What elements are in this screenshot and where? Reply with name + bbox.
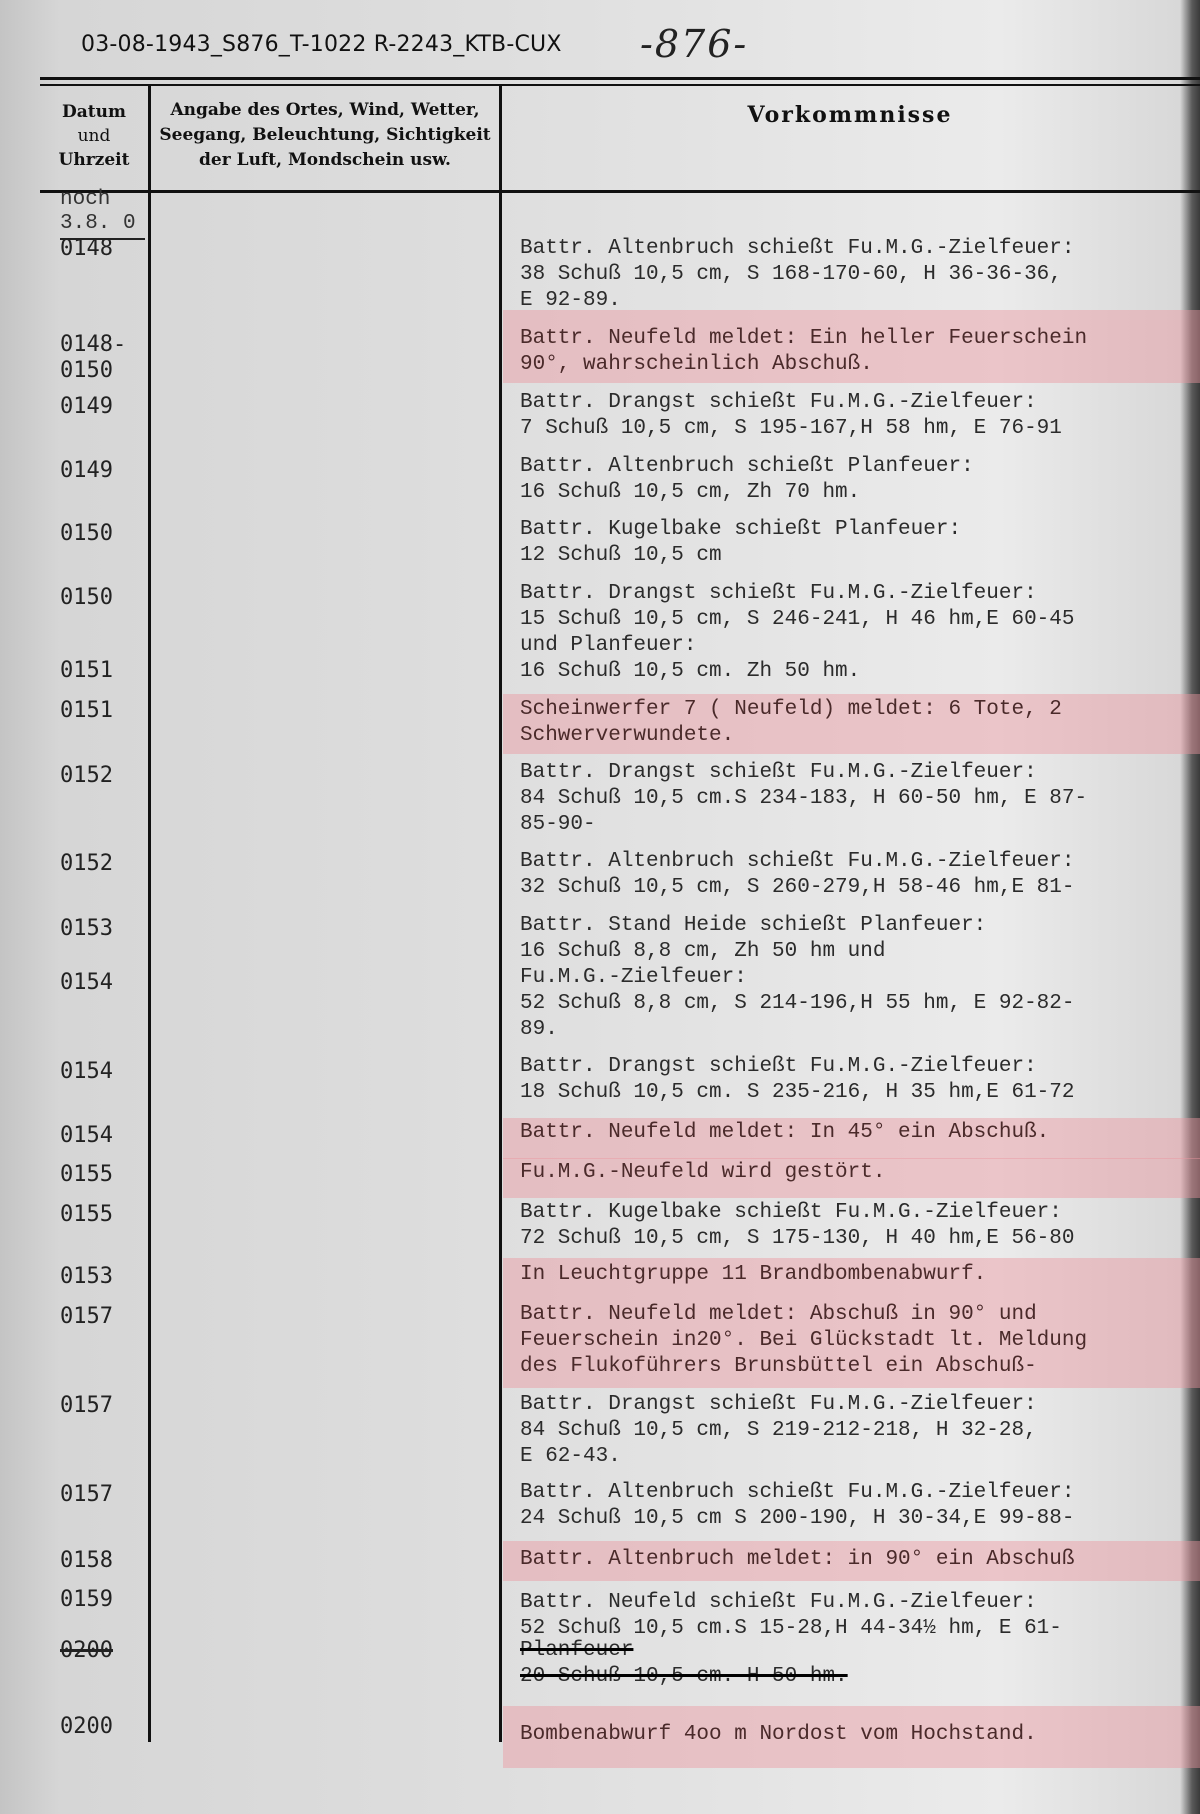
entry-line: 16 Schuß 10,5 cm. Zh 50 hm. (520, 659, 1200, 685)
document-page: 03-08-1943_S876_T-1022 R-2243_KTB-CUX -8… (0, 0, 1200, 1814)
entry-text: Battr. Stand Heide schießt Planfeuer:16 … (520, 913, 1200, 965)
entry-time: 0153 (60, 916, 145, 942)
entry-text: Battr. Drangst schießt Fu.M.G.-Zielfeuer… (520, 760, 1200, 838)
entry-line: Battr. Altenbruch schießt Fu.M.G.-Zielfe… (520, 236, 1200, 262)
entry-text: Battr. Altenbruch schießt Fu.M.G.-Zielfe… (520, 1480, 1200, 1532)
entry-text: Fu.M.G.-Neufeld wird gestört. (520, 1160, 1200, 1186)
entry-line: In Leuchtgruppe 11 Brandbombenabwurf. (520, 1262, 1200, 1288)
entry-line: Battr. Kugelbake schießt Planfeuer: (520, 517, 1200, 543)
entry-line: 89. (520, 1017, 1200, 1043)
entry-line: 7 Schuß 10,5 cm, S 195-167,H 58 hm, E 76… (520, 416, 1200, 442)
entry-line: Battr. Kugelbake schießt Fu.M.G.-Zielfeu… (520, 1200, 1200, 1226)
entry-line: 90°, wahrscheinlich Abschuß. (520, 352, 1200, 378)
entry-line: 16 Schuß 8,8 cm, Zh 50 hm und (520, 939, 1200, 965)
top-rule-inner (40, 84, 1200, 86)
header-location-weather: Angabe des Ortes, Wind, Wetter, Seegang,… (155, 98, 495, 173)
entry-text: Battr. Neufeld meldet: In 45° ein Abschu… (520, 1120, 1200, 1146)
header-vorkommnisse: Vorkommnisse (500, 102, 1200, 128)
entry-line: 15 Schuß 10,5 cm, S 246-241, H 46 hm,E 6… (520, 607, 1200, 633)
entry-text: Battr. Drangst schießt Fu.M.G.-Zielfeuer… (520, 581, 1200, 659)
entry-time: 0200 (60, 1638, 145, 1664)
entry-line: 18 Schuß 10,5 cm. S 235-216, H 35 hm,E 6… (520, 1080, 1200, 1106)
entry-line: Battr. Neufeld meldet: Abschuß in 90° un… (520, 1302, 1200, 1328)
entry-time: 0152 (60, 851, 145, 877)
entry-time: 0155 (60, 1162, 145, 1188)
entry-text: Battr. Altenbruch schießt Fu.M.G.-Zielfe… (520, 849, 1200, 901)
entry-line: Battr. Drangst schießt Fu.M.G.-Zielfeuer… (520, 581, 1200, 607)
entry-line: 24 Schuß 10,5 cm S 200-190, H 30-34,E 99… (520, 1506, 1200, 1532)
header-datum-line: und (40, 124, 148, 148)
header-datum-line: Uhrzeit (40, 148, 148, 172)
entry-line: E 62-43. (520, 1444, 1200, 1470)
entry-text: Battr. Altenbruch schießt Planfeuer:16 S… (520, 454, 1200, 506)
header-datum: Datum und Uhrzeit (40, 100, 148, 172)
entry-time: 0158 (60, 1548, 145, 1574)
entry-line: Battr. Drangst schießt Fu.M.G.-Zielfeuer… (520, 1392, 1200, 1418)
entry-line: 85-90- (520, 812, 1200, 838)
entry-line: Battr. Altenbruch schießt Fu.M.G.-Zielfe… (520, 849, 1200, 875)
entry-line: Bombenabwurf 4oo m Nordost vom Hochstand… (520, 1722, 1200, 1748)
header-datum-line: Datum (40, 100, 148, 124)
entry-line: Planfeuer (520, 1638, 1200, 1664)
entry-line: und Planfeuer: (520, 633, 1200, 659)
header-rule (40, 190, 1200, 193)
header-ort-line: der Luft, Mondschein usw. (155, 148, 495, 173)
entry-time: 0148- 0150 (60, 332, 145, 384)
entry-line: 84 Schuß 10,5 cm.S 234-183, H 60-50 hm, … (520, 786, 1200, 812)
column-divider-1 (148, 84, 151, 1742)
document-id-label: 03-08-1943_S876_T-1022 R-2243_KTB-CUX (81, 32, 562, 57)
entry-line: 84 Schuß 10,5 cm, S 219-212-218, H 32-28… (520, 1418, 1200, 1444)
entry-time: 0150 (60, 585, 145, 611)
entry-time: 0159 (60, 1587, 145, 1613)
entry-time: 0151 (60, 698, 145, 724)
entry-line: 20 Schuß 10,5 cm. H 50 hm. (520, 1664, 1200, 1690)
entry-line: Feuerschein in20°. Bei Glückstadt lt. Me… (520, 1328, 1200, 1354)
entry-time: 0150 (60, 521, 145, 547)
entry-line: Battr. Drangst schießt Fu.M.G.-Zielfeuer… (520, 390, 1200, 416)
page-number: -876- (640, 22, 748, 66)
entry-text: Planfeuer20 Schuß 10,5 cm. H 50 hm. (520, 1638, 1200, 1690)
entry-text: 16 Schuß 10,5 cm. Zh 50 hm. (520, 659, 1200, 685)
entry-text: Bombenabwurf 4oo m Nordost vom Hochstand… (520, 1722, 1200, 1748)
entry-line: Battr. Altenbruch meldet: in 90° ein Abs… (520, 1547, 1200, 1573)
entry-time: 0148 (60, 236, 145, 262)
entry-time: 0154 (60, 1059, 145, 1085)
entry-text: Battr. Drangst schießt Fu.M.G.-Zielfeuer… (520, 1054, 1200, 1106)
entry-line: Battr. Altenbruch schießt Planfeuer: (520, 454, 1200, 480)
entry-text: Battr. Neufeld meldet: Abschuß in 90° un… (520, 1302, 1200, 1380)
entry-time: 0149 (60, 458, 145, 484)
entry-time: 0151 (60, 658, 145, 684)
header-ort-line: Seegang, Beleuchtung, Sichtigkeit (155, 123, 495, 148)
entry-time: 0157 (60, 1304, 145, 1330)
entry-text: Battr. Altenbruch schießt Fu.M.G.-Zielfe… (520, 236, 1200, 314)
entry-text: Battr. Drangst schießt Fu.M.G.-Zielfeuer… (520, 390, 1200, 442)
entry-line: Battr. Altenbruch schießt Fu.M.G.-Zielfe… (520, 1480, 1200, 1506)
entry-text: In Leuchtgruppe 11 Brandbombenabwurf. (520, 1262, 1200, 1288)
date-marker-noch: noch (60, 188, 145, 211)
entry-text: Battr. Kugelbake schießt Fu.M.G.-Zielfeu… (520, 1200, 1200, 1252)
entry-text: Battr. Neufeld schießt Fu.M.G.-Zielfeuer… (520, 1590, 1200, 1642)
entry-text: Battr. Drangst schießt Fu.M.G.-Zielfeuer… (520, 1392, 1200, 1470)
entry-time: 0149 (60, 394, 145, 420)
column-divider-2 (499, 84, 502, 1742)
entry-line: Battr. Neufeld meldet: In 45° ein Abschu… (520, 1120, 1200, 1146)
entry-line: 72 Schuß 10,5 cm, S 175-130, H 40 hm,E 5… (520, 1226, 1200, 1252)
entry-time: 0153 (60, 1264, 145, 1290)
entry-line: Battr. Neufeld schießt Fu.M.G.-Zielfeuer… (520, 1590, 1200, 1616)
entry-line: 52 Schuß 8,8 cm, S 214-196,H 55 hm, E 92… (520, 991, 1200, 1017)
entry-time: 0157 (60, 1482, 145, 1508)
entry-text: Battr. Neufeld meldet: Ein heller Feuers… (520, 326, 1200, 378)
entry-time: 0152 (60, 763, 145, 789)
entry-time: 0200 (60, 1714, 145, 1740)
entry-line: Battr. Stand Heide schießt Planfeuer: (520, 913, 1200, 939)
entry-line: Schwerverwundete. (520, 723, 1200, 749)
entry-line: Battr. Neufeld meldet: Ein heller Feuers… (520, 326, 1200, 352)
entry-time: 0154 (60, 970, 145, 996)
entry-time: 0154 (60, 1123, 145, 1149)
entry-line: Battr. Drangst schießt Fu.M.G.-Zielfeuer… (520, 1054, 1200, 1080)
entry-line: Battr. Drangst schießt Fu.M.G.-Zielfeuer… (520, 760, 1200, 786)
entry-line: 12 Schuß 10,5 cm (520, 543, 1200, 569)
entry-text: Scheinwerfer 7 ( Neufeld) meldet: 6 Tote… (520, 697, 1200, 749)
entry-line: 16 Schuß 10,5 cm, Zh 70 hm. (520, 480, 1200, 506)
entry-time: 0157 (60, 1393, 145, 1419)
entry-line: E 92-89. (520, 288, 1200, 314)
entry-line: Fu.M.G.-Neufeld wird gestört. (520, 1160, 1200, 1186)
entry-text: Battr. Altenbruch meldet: in 90° ein Abs… (520, 1547, 1200, 1573)
top-rule (40, 77, 1200, 80)
entry-line: 32 Schuß 10,5 cm, S 260-279,H 58-46 hm,E… (520, 875, 1200, 901)
entry-text: Battr. Kugelbake schießt Planfeuer:12 Sc… (520, 517, 1200, 569)
date-marker-date: 3.8. 0 (60, 212, 170, 235)
entry-line: des Flukoführers Brunsbüttel ein Abschuß… (520, 1354, 1200, 1380)
entry-time: 0155 (60, 1202, 145, 1228)
header-ort-line: Angabe des Ortes, Wind, Wetter, (155, 98, 495, 123)
entry-line: Scheinwerfer 7 ( Neufeld) meldet: 6 Tote… (520, 697, 1200, 723)
entry-line: 38 Schuß 10,5 cm, S 168-170-60, H 36-36-… (520, 262, 1200, 288)
entry-line: Fu.M.G.-Zielfeuer: (520, 965, 1200, 991)
entry-text: Fu.M.G.-Zielfeuer:52 Schuß 8,8 cm, S 214… (520, 965, 1200, 1043)
